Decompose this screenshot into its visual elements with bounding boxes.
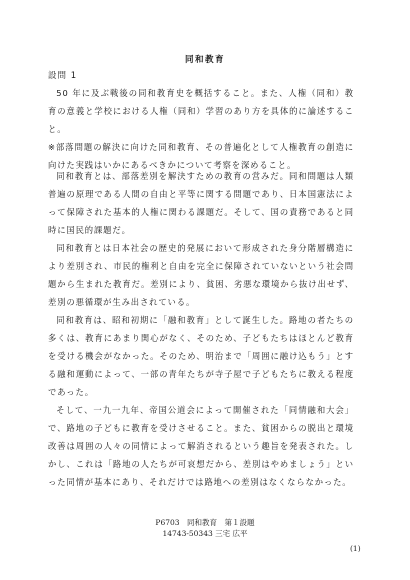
footer-course-line: P6703 同和教育 第１設題 [0,517,410,528]
document-title: 同和教育 [0,53,410,65]
question-label: 設問 1 [48,69,77,81]
answer-paragraph: 同和教育とは日本社会の歴史的発展において形成された身分階層構造により差別され、市… [48,239,354,311]
answer-body: 同和教育とは、部落差別を解決すための教育の営みだ。同和問題は人類普遍の原理である… [48,167,354,491]
answer-paragraph: そして、一九一九年、帝国公道会によって開催された「同情融和大会」で、路地の子ども… [48,401,354,491]
page-number: (1) [350,544,361,553]
question-prompt: 50 年に及ぶ戦後の同和教育史を概括すること。また、人権（同和）教育の意義と学校… [48,84,354,174]
answer-paragraph: 同和教育とは、部落差別を解決すための教育の営みだ。同和問題は人類普遍の原理である… [48,167,354,239]
page-footer: P6703 同和教育 第１設題 14743-50343 三宅 広平 [0,517,410,539]
prompt-paragraph: 50 年に及ぶ戦後の同和教育史を概括すること。また、人権（同和）教育の意義と学校… [48,84,354,138]
footer-student-line: 14743-50343 三宅 広平 [0,528,410,539]
answer-paragraph: 同和教育は、昭和初期に「融和教育」として誕生した。路地の者たちの多くは、教育にあ… [48,311,354,401]
document-page: 同和教育 設問 1 50 年に及ぶ戦後の同和教育史を概括すること。また、人権（同… [0,0,410,580]
